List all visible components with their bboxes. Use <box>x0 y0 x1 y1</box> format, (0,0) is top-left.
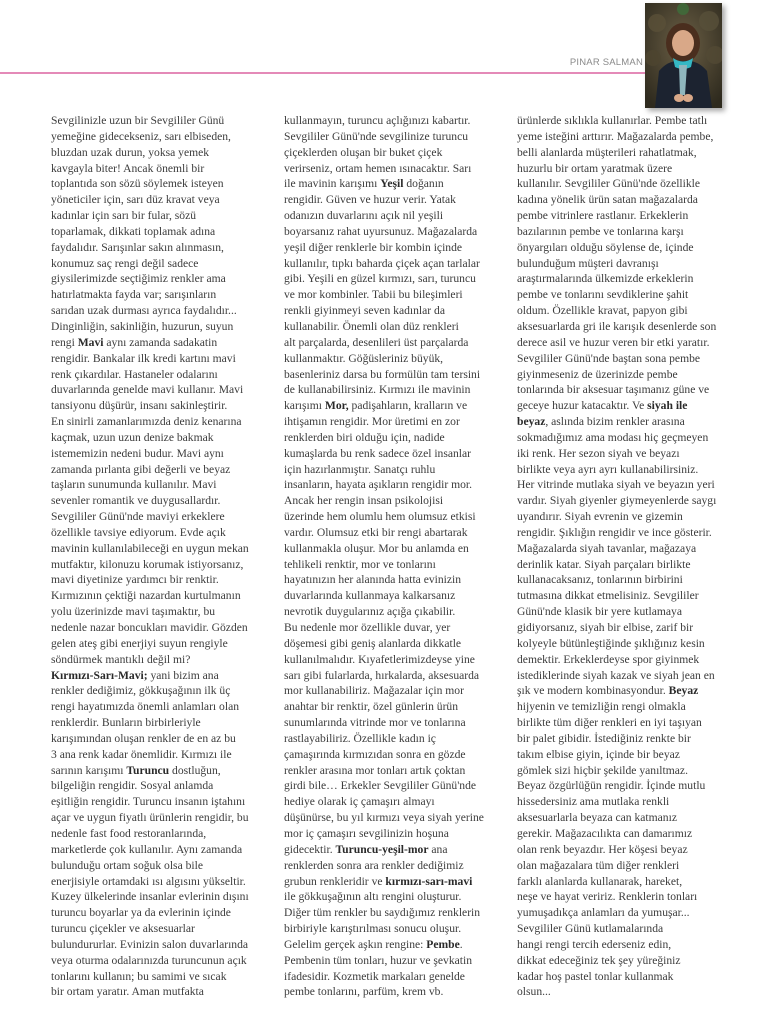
text-line: mor iç çamaşırı sevgilinizin hoşuna <box>284 826 509 842</box>
text-line: bilgeliğin rengidir. Sosyal anlamda <box>51 778 273 794</box>
text-run: döşemesi gibi geniş alanlarda dikkatle <box>284 637 461 650</box>
text-run: renklerden biri olduğu için, nadide <box>284 431 445 444</box>
emphasized-color-term: Beyaz <box>669 684 699 697</box>
text-run: yeşil diğer renklerle bir kombin içinde <box>284 241 462 254</box>
text-line: neşe ve hayat veririz. Renklerin tonları <box>517 889 747 905</box>
text-run: Pembenin tüm tonları, huzur ve şevkatin <box>284 954 472 967</box>
text-line: kullanılır, tıpkı baharda çiçek açan tar… <box>284 256 509 272</box>
text-run: tansiyonu düşürür, insanı sakinleştirir. <box>51 399 227 412</box>
text-line: renklerden biri olduğu için, nadide <box>284 430 509 446</box>
text-line: ve mor kombinler. Tabii bu bileşimleri <box>284 287 509 303</box>
text-line: tehlikeli renktir, mor ve tonlarını <box>284 557 509 573</box>
text-run: renk çıkardılar. Hastaneler odalarını <box>51 368 218 381</box>
text-run: pembe vitrinlere rastlanır. Erkeklerin <box>517 209 688 222</box>
text-run: kadınlar için sarı bir fular, sözü <box>51 209 196 222</box>
text-line: Pembenin tüm tonları, huzur ve şevkatin <box>284 953 509 969</box>
text-line: beyaz, aslında bizim renkler arasına <box>517 414 747 430</box>
text-line: birbiriyle karıştırılması sonucu oluşur. <box>284 921 509 937</box>
text-run: belli alanlarda müşterileri rahatlatmak, <box>517 146 697 159</box>
text-line: mutfaktır, kilonuzu korumak istiyorsanız… <box>51 557 273 573</box>
text-run: ile mavinin karışımı <box>284 177 380 190</box>
text-line: Gelelim gerçek aşkın rengine: Pembe. <box>284 937 509 953</box>
text-run: açar ve uygun fiyatlı ürünlerin rengidir… <box>51 811 249 824</box>
text-run: rastlayabiliriz. Özellikle kadın iç <box>284 732 436 745</box>
text-line: aksesuarlarla beyaza can katmanız <box>517 810 747 826</box>
text-run: Bu nedenle mor özellikle duvar, yer <box>284 621 450 634</box>
text-line: faydalıdır. Sarışınlar sakın alınmasın, <box>51 240 273 256</box>
text-run: hissedersiniz ama mutlaka renkli <box>517 795 669 808</box>
text-run: vardır. Olumsuz etki bir rengi abartarak <box>284 526 468 539</box>
text-run: uyandırır. Siyah evrenin ve gizemin <box>517 510 683 523</box>
text-run: çamaşırında kırmızıdan sonra en gözde <box>284 748 466 761</box>
text-run: dikkat edeceğiniz tek şey yüreğiniz <box>517 954 681 967</box>
text-run: Her vitrinde mutlaka siyah ve beyazın ye… <box>517 478 715 491</box>
text-run: Mağazalarda siyah tavanlar, mağazaya <box>517 542 696 555</box>
emphasized-color-term: Kırmızı-Sarı-Mavi; <box>51 669 148 682</box>
text-line: kullanacaksanız, tonlarının birbirini <box>517 572 747 588</box>
text-run: derinlik katar. Siyah parçaları birlikte <box>517 558 691 571</box>
text-run: geceye huzur katacaktır. Ve <box>517 399 647 412</box>
text-run: alt parçalarda, desenlileri üst parçalar… <box>284 336 468 349</box>
text-run: Gelelim gerçek aşkın rengine: <box>284 938 426 951</box>
text-line: veya oturma odalarınızda turuncunun açık <box>51 953 273 969</box>
text-run: grubun renkleridir ve <box>284 875 385 888</box>
text-line: tonlarını kullanın; bu samimi ve sıcak <box>51 969 273 985</box>
text-run: istediklerinde siyah kazak ve siyah jean… <box>517 669 715 682</box>
text-line: kullanmakla oluşur. Mor bu anlamda en <box>284 541 509 557</box>
text-line: söndürmek mantıklı değil mi? <box>51 652 273 668</box>
text-line: yöneticiler için, sarı düz kravat veya <box>51 192 273 208</box>
text-line: olan mağazalara tüm diğer renkleri <box>517 858 747 874</box>
text-line: kumaşlarda bu renk sadece özel insanlar <box>284 446 509 462</box>
text-line: de kullanabilirsiniz. Kırmızı ile mavini… <box>284 382 509 398</box>
text-line: Diğer tüm renkler bu saydığımız renkleri… <box>284 905 509 921</box>
text-run: 3 ana renk kadar önemlidir. Kırmızı ile <box>51 748 232 761</box>
author-name: PINAR SALMAN <box>570 57 643 68</box>
text-line: bluzdan uzak durun, yoksa yemek <box>51 145 273 161</box>
text-line: Beyaz özgürlüğün rengidir. İçinde mutlu <box>517 778 747 794</box>
text-run: hayatınızın her alanında hatta evinizin <box>284 573 461 586</box>
text-run: mor iç çamaşırı sevgilinizin hoşuna <box>284 827 449 840</box>
text-line: Günü'nde klasik bir yere kutlamaya <box>517 604 747 620</box>
text-line: En sinirli zamanlarımızda deniz kenarına <box>51 414 273 430</box>
text-run: bulundururlar. Evinizin salon duvarların… <box>51 938 248 951</box>
text-line: önyargıları olduğu söylense de, içinde <box>517 240 747 256</box>
text-line: birlikte tüm diğer renkleri en iyi taşıy… <box>517 715 747 731</box>
text-line: kadına yönelik ürün satan mağazalarda <box>517 192 747 208</box>
article-column-2: kullanmayın, turuncu açlığınızı kabartır… <box>284 113 509 1000</box>
text-line: hangi rengi tercih ederseniz edin, <box>517 937 747 953</box>
text-run: kullanmaktır. Göğüsleriniz büyük, <box>284 352 443 365</box>
text-run: Kırmızının çektiği nazardan kurtulmanın <box>51 589 241 602</box>
text-line: kavgayla biter! Ancak önemli bir <box>51 161 273 177</box>
text-line: istememizin nedeni budur. Mavi aynı <box>51 446 273 462</box>
text-line: girdi bile… Erkekler Sevgililer Günü'nde <box>284 778 509 794</box>
text-line: rastlayabiliriz. Özellikle kadın iç <box>284 731 509 747</box>
text-run: araştırmalarında ülkemizde erkeklerin <box>517 272 693 285</box>
text-run: nedenle fast food restoranlarında, <box>51 827 206 840</box>
text-line: Bu nedenle mor özellikle duvar, yer <box>284 620 509 636</box>
text-run: kullanılmalıdır. Kıyafetlerimizdeyse yin… <box>284 653 475 666</box>
text-line: anahtar bir renktir, özel günlerin ürün <box>284 699 509 715</box>
text-line: bir ortam yaratır. Aman mutfakta <box>51 984 273 1000</box>
text-run: üzerinde hem olumlu hem olumsuz etkisi <box>284 510 476 523</box>
text-line: Sevgililer Günü'nde baştan sona pembe <box>517 351 747 367</box>
text-line: Her vitrinde mutlaka siyah ve beyazın ye… <box>517 477 747 493</box>
text-line: renkli giyinmeyi seven kadınlar da <box>284 303 509 319</box>
text-line: Ancak her rengin insan psikolojisi <box>284 493 509 509</box>
text-line: kullanmayın, turuncu açlığınızı kabartır… <box>284 113 509 129</box>
text-line: takım elbise giyin, içinde bir beyaz <box>517 747 747 763</box>
text-run: . <box>460 938 463 951</box>
text-run: boyarsanız rahat uyursunuz. Mağazalarda <box>284 225 477 238</box>
text-line: yemeğine gidecekseniz, sarı elbiseden, <box>51 129 273 145</box>
text-run: pembe tonlarını, parfüm, krem vb. <box>284 985 443 998</box>
text-run: demektir. Erkeklerdeyse spor giyinmek <box>517 653 699 666</box>
text-line: sarıdan uzak durması ayrıca faydalıdır..… <box>51 303 273 319</box>
text-line: odanızın duvarlarını açık nil yeşili <box>284 208 509 224</box>
text-run: Beyaz özgürlüğün rengidir. İçinde mutlu <box>517 779 705 792</box>
text-run: marketlerde çok kullanılır. Aynı zamanda <box>51 843 242 856</box>
text-line: kolyeyle bütünleştiğinde şıklığınız kesi… <box>517 636 747 652</box>
text-line: nedenle fast food restoranlarında, <box>51 826 273 842</box>
text-line: kadar hoş pastel tonlar kullanmak <box>517 969 747 985</box>
text-line: insanların, hayata aşıkların rengidir mo… <box>284 477 509 493</box>
text-line: mavi diyetinize yardımcı bir renktir. <box>51 572 273 588</box>
text-run: kaçmak, uzun uzun denize bakmak <box>51 431 214 444</box>
text-line: gelen ateş gibi enerjiyi suyun rengiyle <box>51 636 273 652</box>
text-run: olan mağazalara tüm diğer renkleri <box>517 859 679 872</box>
text-run: renkler arasına mor tonları artık çoktan <box>284 764 465 777</box>
author-photo <box>645 3 722 108</box>
text-line: 3 ana renk kadar önemlidir. Kırmızı ile <box>51 747 273 763</box>
text-line: olsun... <box>517 984 747 1000</box>
emphasized-color-term: Mavi <box>78 336 104 349</box>
text-run: yeme isteğini arttırır. Mağazalarda pemb… <box>517 130 713 143</box>
text-run: söndürmek mantıklı değil mi? <box>51 653 190 666</box>
text-line: renklerden sonra ara renkler dediğimiz <box>284 858 509 874</box>
text-run: nevrotik duygularınız açığa çıkabilir. <box>284 605 455 618</box>
text-line: tutmasına dikkat etmelisiniz. Sevgililer <box>517 588 747 604</box>
text-line: renkler dediğimiz, gökkuşağının ilk üç <box>51 683 273 699</box>
text-run: renkli giyinmeyi seven kadınlar da <box>284 304 445 317</box>
text-line: Kuzey ülkelerinde insanlar evlerinin dış… <box>51 889 273 905</box>
text-run: yöneticiler için, sarı düz kravat veya <box>51 193 220 206</box>
text-line: ihtişamın rengidir. Mor üretimi en zor <box>284 414 509 430</box>
text-run: gömlek sizi hiçbir şekilde yanıltmaz. <box>517 764 688 777</box>
text-run: önyargıları olduğu söylense de, içinde <box>517 241 694 254</box>
text-run: hijyenin ve temizliğin rengi olmakla <box>517 700 686 713</box>
text-line: yeme isteğini arttırır. Mağazalarda pemb… <box>517 129 747 145</box>
text-line: Sevgililer Günü'nde maviyi erkeklere <box>51 509 273 525</box>
text-line: Kırmızının çektiği nazardan kurtulmanın <box>51 588 273 604</box>
text-run: gidecektir. <box>284 843 336 856</box>
text-line: duvarlarında kullanmaya kalkarsanız <box>284 588 509 604</box>
text-run: toparlamak, dikkati toplamak adına <box>51 225 215 238</box>
text-run: gelen ateş gibi enerjiyi suyun rengiyle <box>51 637 228 650</box>
text-line: enerjisiyle ortamdaki ısı algısını yükse… <box>51 874 273 890</box>
text-line: taşların sunumunda kullanılır. Mavi <box>51 477 273 493</box>
text-line: demektir. Erkeklerdeyse spor giyinmek <box>517 652 747 668</box>
text-run: kullanılır. Sevgililer Günü'nde özellikl… <box>517 177 700 190</box>
text-line: rengidir. Şıklığın rengidir ve ince göst… <box>517 525 747 541</box>
text-line: sevenler romantik ve duygusallardır. <box>51 493 273 509</box>
text-line: belli alanlarda müşterileri rahatlatmak, <box>517 145 747 161</box>
text-run: doğanın <box>403 177 443 190</box>
text-line: boyarsanız rahat uyursunuz. Mağazalarda <box>284 224 509 240</box>
text-line: tansiyonu düşürür, insanı sakinleştirir. <box>51 398 273 414</box>
text-run: zamanda pırlanta gibi değerli ve beyaz <box>51 463 230 476</box>
text-line: kullanmaktır. Göğüsleriniz büyük, <box>284 351 509 367</box>
text-run: bluzdan uzak durun, yoksa yemek <box>51 146 209 159</box>
author-portrait-image <box>645 3 722 108</box>
text-run: yumuşadıkça anlamları da yumuşar... <box>517 906 690 919</box>
text-run: duvarlarında genelde mavi kullanır. Mavi <box>51 383 243 396</box>
text-line: nevrotik duygularınız açığa çıkabilir. <box>284 604 509 620</box>
text-line: mor kullanabiliriz. Mağazalar için mor <box>284 683 509 699</box>
text-run: tonlarında bir aksesuar taşımanız güne v… <box>517 383 709 396</box>
text-line: gömlek sizi hiçbir şekilde yanıltmaz. <box>517 763 747 779</box>
text-line: bulunduğum müşteri davranışı <box>517 256 747 272</box>
text-run: istememizin nedeni budur. Mavi aynı <box>51 447 224 460</box>
text-run: karışımından oluşan renkler de en az bu <box>51 732 236 745</box>
text-run: enerjisiyle ortamdaki ısı algısını yükse… <box>51 875 246 888</box>
text-line: ile gökkuşağının altı rengini oluşturur. <box>284 889 509 905</box>
text-line: yolu üzerinizde mavi taşımaktır, bu <box>51 604 273 620</box>
text-run: anahtar bir renktir, özel günlerin ürün <box>284 700 458 713</box>
text-run: sunumlarında vitrinde mor ve tonlarına <box>284 716 466 729</box>
text-line: verirseniz, ortam hemen ısınacaktır. Sar… <box>284 161 509 177</box>
text-run: çiçeklerden oluşan bir buket çiçek <box>284 146 442 159</box>
text-run: sarı gibi fularlarda, hırkalarda, aksesu… <box>284 669 479 682</box>
text-line: karışımından oluşan renkler de en az bu <box>51 731 273 747</box>
text-line: ürünlerde sıklıkla kullanırlar. Pembe ta… <box>517 113 747 129</box>
text-line: aksesuarlarda gri ile karışık desenlerde… <box>517 319 747 335</box>
text-run: derece asil ve huzur veren bir etki yara… <box>517 336 710 349</box>
text-line: bazılarının pembe ve tonlarına karşı <box>517 224 747 240</box>
text-run: kullanmakla oluşur. Mor bu anlamda en <box>284 542 469 555</box>
text-run: girdi bile… Erkekler Sevgililer Günü'nde <box>284 779 476 792</box>
text-line: farklı alanlarda kullanarak, hareket, <box>517 874 747 890</box>
text-run: de kullanabilirsiniz. Kırmızı ile mavini… <box>284 383 470 396</box>
text-line: gidiyorsanız, siyah bir elbise, zarif bi… <box>517 620 747 636</box>
text-run: gidiyorsanız, siyah bir elbise, zarif bi… <box>517 621 693 634</box>
text-line: şık ve modern kombinasyondur. Beyaz <box>517 683 747 699</box>
text-run: veya oturma odalarınızda turuncunun açık <box>51 954 247 967</box>
text-run: ürünlerde sıklıkla kullanırlar. Pembe ta… <box>517 114 707 127</box>
text-line: giyinmeseniz de üzerinizde pembe <box>517 367 747 383</box>
article-column-1: Sevgilinizle uzun bir Sevgililer Günüyem… <box>51 113 273 1000</box>
text-run: hangi rengi tercih ederseniz edin, <box>517 938 671 951</box>
text-line: kullanılmalıdır. Kıyafetlerimizdeyse yin… <box>284 652 509 668</box>
text-run: bir palet gibidir. İstediğiniz renkte bi… <box>517 732 691 745</box>
text-line: açar ve uygun fiyatlı ürünlerin rengidir… <box>51 810 273 826</box>
text-run: tutmasına dikkat etmelisiniz. Sevgililer <box>517 589 699 602</box>
text-run: Sevgililer Günü'nde baştan sona pembe <box>517 352 700 365</box>
text-line: ile mavinin karışımı Yeşil doğanın <box>284 176 509 192</box>
text-run: Sevgilinizle uzun bir Sevgililer Günü <box>51 114 224 127</box>
text-line: dikkat edeceğiniz tek şey yüreğiniz <box>517 953 747 969</box>
text-run: En sinirli zamanlarımızda deniz kenarına <box>51 415 242 428</box>
text-run: kullanacaksanız, tonlarının birbirini <box>517 573 683 586</box>
emphasized-color-term: Turuncu <box>126 764 169 777</box>
text-run: şık ve modern kombinasyondur. <box>517 684 669 697</box>
text-run: kumaşlarda bu renk sadece özel insanlar <box>284 447 471 460</box>
text-run: huzurlu bir ortam yaratmak üzere <box>517 162 672 175</box>
text-run: duvarlarında kullanmaya kalkarsanız <box>284 589 455 602</box>
text-run: yemeğine gidecekseniz, sarı elbiseden, <box>51 130 231 143</box>
text-run: insanların, hayata aşıkların rengidir mo… <box>284 478 472 491</box>
text-run: rengi hayatımızda önemli anlamları olan <box>51 700 239 713</box>
text-run: mavinin kullanılabileceği en uygun mekan <box>51 542 249 555</box>
text-line: bir palet gibidir. İstediğiniz renkte bi… <box>517 731 747 747</box>
text-run: tonlarını kullanın; bu samimi ve sıcak <box>51 970 227 983</box>
text-run: yani bizim ana <box>148 669 219 682</box>
text-run: takım elbise giyin, içinde bir beyaz <box>517 748 680 761</box>
text-line: gerekir. Mağazacılıkta can damarımız <box>517 826 747 842</box>
text-run: düşünürse, bu yıl kırmızı veya siyah yer… <box>284 811 484 824</box>
text-line: olan renk beyazdır. Her köşesi beyaz <box>517 842 747 858</box>
text-run: giysilerimizde seçtiğimiz renkler ama <box>51 272 226 285</box>
text-run: dostluğun, <box>169 764 221 777</box>
emphasized-color-term: Mor, <box>325 399 349 412</box>
text-line: eşitliğin rengidir. Turuncu insanın işta… <box>51 794 273 810</box>
text-line: üzerinde hem olumlu hem olumsuz etkisi <box>284 509 509 525</box>
text-run: odanızın duvarlarını açık nil yeşili <box>284 209 443 222</box>
text-run: toplantıda son sözü söylemek isteyen <box>51 177 224 190</box>
text-run: bulunduğu ortam soğuk olsa bile <box>51 859 203 872</box>
text-run: sarının karışımı <box>51 764 126 777</box>
text-run: ifadesidir. Kozmetik markaları genelde <box>284 970 465 983</box>
text-line: bulunduğu ortam soğuk olsa bile <box>51 858 273 874</box>
text-line: gidecektir. Turuncu-yeşil-mor ana <box>284 842 509 858</box>
text-line: hediye olarak iç çamaşırı almayı <box>284 794 509 810</box>
text-run: Sevgililer Günü'nde sevgilinize turuncu <box>284 130 468 143</box>
text-run: hatırlatmakta fayda var; sarışınların <box>51 288 216 301</box>
text-line: çiçeklerden oluşan bir buket çiçek <box>284 145 509 161</box>
text-line: araştırmalarında ülkemizde erkeklerin <box>517 271 747 287</box>
text-line: sarı gibi fularlarda, hırkalarda, aksesu… <box>284 668 509 684</box>
text-run: renklerdir. Bunların birbirleriyle <box>51 716 201 729</box>
text-run: eşitliğin rengidir. Turuncu insanın işta… <box>51 795 245 808</box>
text-run: sokmadığımız ama modası hiç geçmeyen <box>517 431 708 444</box>
text-run: mavi diyetinize yardımcı bir renktir. <box>51 573 219 586</box>
text-run: aksesuarlarda gri ile karışık desenlerde… <box>517 320 716 333</box>
text-run: kadar hoş pastel tonlar kullanmak <box>517 970 673 983</box>
text-run: kullanabilir. Önemli olan düz renkleri <box>284 320 459 333</box>
text-line: düşünürse, bu yıl kırmızı veya siyah yer… <box>284 810 509 826</box>
text-line: pembe tonlarını, parfüm, krem vb. <box>284 984 509 1000</box>
text-line: Dinginliğin, sakinliğin, huzurun, suyun <box>51 319 273 335</box>
text-line: karışımı Mor, padişahların, kralların ve <box>284 398 509 414</box>
text-run: bazılarının pembe ve tonlarına karşı <box>517 225 684 238</box>
text-run: kullanmayın, turuncu açlığınızı kabartır… <box>284 114 470 127</box>
text-line: vardır. Siyah giyenler giymeyenlerde say… <box>517 493 747 509</box>
text-run: yolu üzerinizde mavi taşımaktır, bu <box>51 605 215 618</box>
text-run: iki renk. Her sezon siyah ve beyazı <box>517 447 680 460</box>
text-line: zamanda pırlanta gibi değerli ve beyaz <box>51 462 273 478</box>
text-line: ifadesidir. Kozmetik markaları genelde <box>284 969 509 985</box>
text-line: duvarlarında genelde mavi kullanır. Mavi <box>51 382 273 398</box>
text-run: gibi. Yeşili en güzel kırmızı, sarı, tur… <box>284 272 476 285</box>
text-line: mavinin kullanılabileceği en uygun mekan <box>51 541 273 557</box>
text-run: gerekir. Mağazacılıkta can damarımız <box>517 827 692 840</box>
text-run: kadına yönelik ürün satan mağazalarda <box>517 193 698 206</box>
text-line: alt parçalarda, desenlileri üst parçalar… <box>284 335 509 351</box>
text-run: padişahların, kralların ve <box>349 399 467 412</box>
text-run: tehlikeli renktir, mor ve tonlarını <box>284 558 436 571</box>
text-line: istediklerinde siyah kazak ve siyah jean… <box>517 668 747 684</box>
text-run: kavgayla biter! Ancak önemli bir <box>51 162 204 175</box>
text-run: turuncu çiçekler ve aksesuarlar <box>51 922 195 935</box>
text-run: renklerden sonra ara renkler dediğimiz <box>284 859 464 872</box>
text-line: pembe vitrinlere rastlanır. Erkeklerin <box>517 208 747 224</box>
text-line: Sevgililer Günü'nde sevgilinize turuncu <box>284 129 509 145</box>
text-run: ile gökkuşağının altı rengini oluşturur. <box>284 890 461 903</box>
text-line: turuncu çiçekler ve aksesuarlar <box>51 921 273 937</box>
text-line: özellikle tavsiye ediyorum. Evde açık <box>51 525 273 541</box>
text-line: huzurlu bir ortam yaratmak üzere <box>517 161 747 177</box>
text-line: rengi hayatımızda önemli anlamları olan <box>51 699 273 715</box>
text-run: Sevgililer Günü kutlamalarında <box>517 922 663 935</box>
text-line: kadınlar için sarı bir fular, sözü <box>51 208 273 224</box>
text-run: ve mor kombinler. Tabii bu bileşimleri <box>284 288 463 301</box>
text-line: oldum. Özellikle kravat, papyon gibi <box>517 303 747 319</box>
text-run: aynı zamanda sadakatin <box>104 336 218 349</box>
text-line: kullanılır. Sevgililer Günü'nde özellikl… <box>517 176 747 192</box>
text-run: mor kullanabiliriz. Mağazalar için mor <box>284 684 464 697</box>
text-run: birlikte veya ayrı ayrı kullanabilirsini… <box>517 463 698 476</box>
text-run: , aslında bizim renkler arasına <box>545 415 684 428</box>
text-run: faydalıdır. Sarışınlar sakın alınmasın, <box>51 241 224 254</box>
text-line: kullanabilir. Önemli olan düz renkleri <box>284 319 509 335</box>
text-line: rengidir. Güven ve huzur verir. Yatak <box>284 192 509 208</box>
text-run: sevenler romantik ve duygusallardır. <box>51 494 220 507</box>
text-line: sokmadığımız ama modası hiç geçmeyen <box>517 430 747 446</box>
text-run: Ancak her rengin insan psikolojisi <box>284 494 443 507</box>
text-line: renklerdir. Bunların birbirleriyle <box>51 715 273 731</box>
text-line: kaçmak, uzun uzun denize bakmak <box>51 430 273 446</box>
text-line: turuncu boyarlar ya da evlerinin içinde <box>51 905 273 921</box>
text-line: basenleriniz darsa bu formülün tam tersi… <box>284 367 509 383</box>
text-line: geceye huzur katacaktır. Ve siyah ile <box>517 398 747 414</box>
text-run: ana <box>429 843 448 856</box>
text-line: pembe ve tonlarını sevdiklerine şahit <box>517 287 747 303</box>
text-line: iki renk. Her sezon siyah ve beyazı <box>517 446 747 462</box>
text-run: Kuzey ülkelerinde insanlar evlerinin dış… <box>51 890 249 903</box>
text-run: mutfaktır, kilonuzu korumak istiyorsanız… <box>51 558 243 571</box>
text-run: Sevgililer Günü'nde maviyi erkeklere <box>51 510 225 523</box>
emphasized-color-term: Turuncu-yeşil-mor <box>336 843 429 856</box>
text-line: bulundururlar. Evinizin salon duvarların… <box>51 937 273 953</box>
text-line: yeşil diğer renklerle bir kombin içinde <box>284 240 509 256</box>
text-line: derinlik katar. Siyah parçaları birlikte <box>517 557 747 573</box>
text-run: rengidir. Bankalar ilk kredi kartını mav… <box>51 352 236 365</box>
text-run: renkler dediğimiz, gökkuşağının ilk üç <box>51 684 230 697</box>
text-run: hediye olarak iç çamaşırı almayı <box>284 795 435 808</box>
text-line: renkler arasına mor tonları artık çoktan <box>284 763 509 779</box>
text-line: Sevgililer Günü kutlamalarında <box>517 921 747 937</box>
text-run: sarıdan uzak durması ayrıca faydalıdır..… <box>51 304 237 317</box>
text-run: kolyeyle bütünleştiğinde şıklığınız kesi… <box>517 637 705 650</box>
text-run: Günü'nde klasik bir yere kutlamaya <box>517 605 682 618</box>
text-run: Diğer tüm renkler bu saydığımız renkleri… <box>284 906 480 919</box>
text-run: farklı alanlarda kullanarak, hareket, <box>517 875 682 888</box>
text-run: rengidir. Şıklığın rengidir ve ince göst… <box>517 526 712 539</box>
text-run: olsun... <box>517 985 551 998</box>
text-line: nedenle nazar boncukları mavidir. Gözden <box>51 620 273 636</box>
text-run: Dinginliğin, sakinliğin, huzurun, suyun <box>51 320 233 333</box>
